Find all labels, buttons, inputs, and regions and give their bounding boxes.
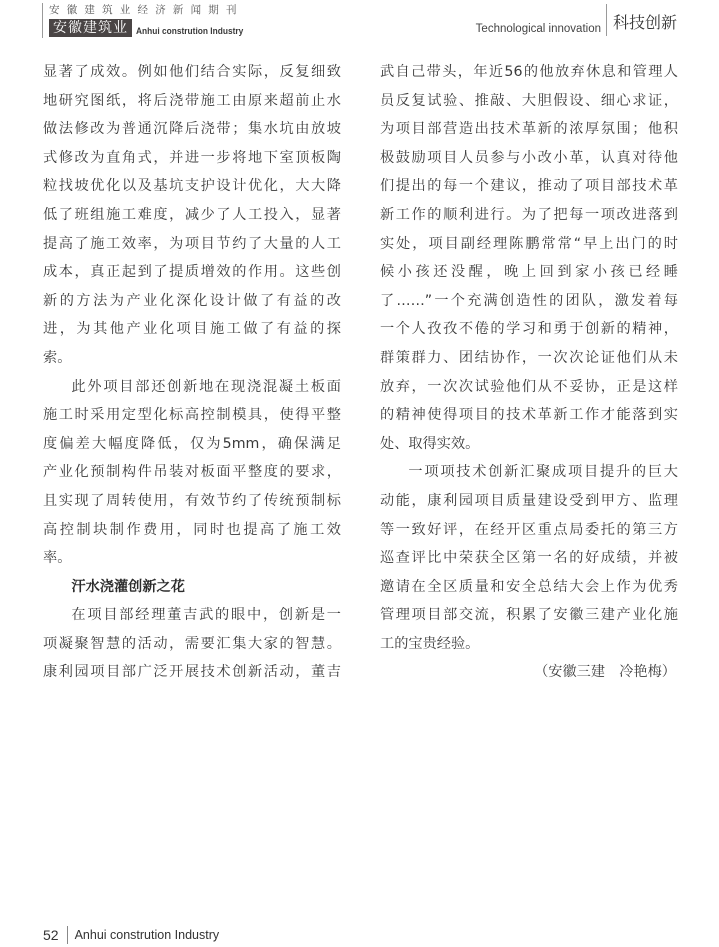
text-line: 管理项目部交流，积累了安徽三建产业化施 <box>380 601 678 630</box>
text-line: 进，为其他产业化项目施工做了有益的探 <box>43 315 341 344</box>
text-line: 巡查评比中荣获全区第一名的好成绩，并被 <box>380 544 678 573</box>
text-line: 低了班组施工难度，减少了人工投入，显著 <box>43 201 341 230</box>
text-line: 极鼓励项目人员参与小改小革，认真对待他 <box>380 144 678 173</box>
text-line: 成本，真正起到了提质增效的作用。这些创 <box>43 258 341 287</box>
text-line: 施工时采用定型化标高控制模具，使得平整 <box>43 401 341 430</box>
text-line: 且实现了周转使用，有效节约了传统预制标 <box>43 487 341 516</box>
page-footer: 52 Anhui constrution Industry <box>43 925 219 945</box>
text-line: 显著了成效。例如他们结合实际，反复细致 <box>43 58 341 87</box>
article-column-left: 显著了成效。例如他们结合实际，反复细致 地研究图纸，将后浇带施工由原来超前止水 … <box>43 58 341 687</box>
text-line: 做法修改为普通沉降后浇带；集水坑由放坡 <box>43 115 341 144</box>
text-line: 地研究图纸，将后浇带施工由原来超前止水 <box>43 87 341 116</box>
article-column-right: 武自己带头，年近56的他放弃休息和管理人 员反复试验、推敲、大胆假设、细心求证，… <box>380 58 678 687</box>
text-line: 粒找坡优化以及基坑支护设计优化，大大降 <box>43 172 341 201</box>
text-line: 了……”一个充满创造性的团队，激发着每 <box>380 287 678 316</box>
text-line: 新工作的顺利进行。为了把每一项改进落到 <box>380 201 678 230</box>
text-line: 式修改为直角式，并进一步将地下室顶板陶 <box>43 144 341 173</box>
text-line: 提高了施工效率，为项目节约了大量的人工 <box>43 230 341 259</box>
brand-logo-en: Anhui constrution Industry <box>136 26 243 37</box>
text-line: 为项目部营造出技术革新的浓厚氛围；他积 <box>380 115 678 144</box>
text-line: 实处，项目副经理陈鹏常常“早上出门的时 <box>380 230 678 259</box>
text-line: 一个人孜孜不倦的学习和勇于创新的精神， <box>380 315 678 344</box>
brand-logo-cn: 安徽建筑业 <box>49 19 132 37</box>
text-line: 放弃，一次次试验他们从不妥协，正是这样 <box>380 373 678 402</box>
masthead: 安徽建筑业经济新闻期刊 安徽建筑业 Anhui constrution Indu… <box>42 3 258 38</box>
section-header: Technological innovation 科技创新 <box>476 4 677 36</box>
masthead-subtitle: 安徽建筑业经济新闻期刊 <box>49 3 258 17</box>
section-subheading: 汗水浇灌创新之花 <box>43 573 341 602</box>
text-line: 产业化预制构件吊装对板面平整度的要求， <box>43 458 341 487</box>
text-line: 武自己带头，年近56的他放弃休息和管理人 <box>380 58 678 87</box>
text-line: 群策群力、团结协作，一次次论证他们从未 <box>380 344 678 373</box>
text-line: 员反复试验、推敲、大胆假设、细心求证， <box>380 87 678 116</box>
text-line: 们提出的每一个建议，推动了项目部技术革 <box>380 172 678 201</box>
text-line: 处、取得实效。 <box>380 430 678 459</box>
text-line: 工的宝贵经验。 <box>380 630 678 659</box>
text-line: 候小孩还没醒，晚上回到家小孩已经睡 <box>380 258 678 287</box>
paragraph-start: 一项项技术创新汇聚成项目提升的巨大 <box>380 458 678 487</box>
page-number: 52 <box>43 927 67 943</box>
text-line: 高控制块制作费用，同时也提高了施工效 <box>43 516 341 545</box>
section-title-en: Technological innovation <box>476 22 606 36</box>
paragraph-start: 在项目部经理董吉武的眼中，创新是一 <box>43 601 341 630</box>
section-title-cn: 科技创新 <box>607 12 677 34</box>
text-line: 等一致好评，在经开区重点局委托的第三方 <box>380 516 678 545</box>
text-line: 新的方法为产业化深化设计做了有益的改 <box>43 287 341 316</box>
paragraph-start: 此外项目部还创新地在现浇混凝土板面 <box>43 373 341 402</box>
text-line: 的精神使得项目的技术革新工作才能落到实 <box>380 401 678 430</box>
masthead-brand: 安徽建筑业 Anhui constrution Industry <box>49 19 258 37</box>
text-line: 度偏差大幅度降低，仅为5mm，确保满足 <box>43 430 341 459</box>
text-line: 康利园项目部广泛开展技术创新活动，董吉 <box>43 658 341 687</box>
text-line: 率。 <box>43 544 341 573</box>
text-line: 项凝聚智慧的活动，需要汇集大家的智慧。 <box>43 630 341 659</box>
text-line: 动能，康利园项目质量建设受到甲方、监理 <box>380 487 678 516</box>
footer-publication-name: Anhui constrution Industry <box>68 928 220 942</box>
author-byline: （安徽三建 冷艳梅） <box>380 658 678 687</box>
text-line: 邀请在全区质量和安全总结大会上作为优秀 <box>380 573 678 602</box>
text-line: 索。 <box>43 344 341 373</box>
